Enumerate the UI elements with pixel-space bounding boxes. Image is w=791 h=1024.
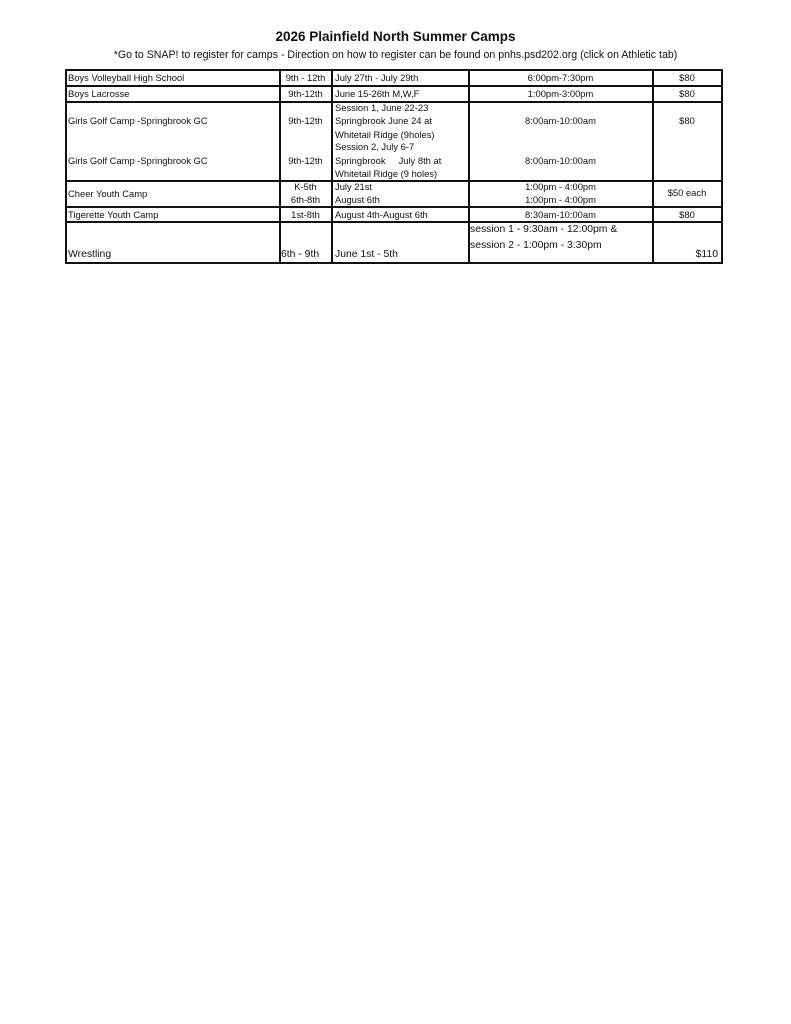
dates-line: July 21st [335,181,372,193]
time: 8:30am-10:00am [469,209,652,221]
dates: June 15-26th M,W,F [335,88,419,100]
price: $110 [653,249,718,261]
time: 8:00am-10:00am [469,115,652,127]
time: 6:00pm-7:30pm [469,72,652,84]
dates-line: Whitetail Ridge (9holes) [335,129,435,141]
grade: 6th - 9th [281,249,319,261]
row-divider [65,85,723,87]
grade: 9th-12th [280,155,331,167]
camp-name: Girls Golf Camp -Springbrook GC [68,155,208,167]
table-border-left [65,69,67,264]
dates: June 1st - 5th [335,249,398,261]
page-title: 2026 Plainfield North Summer Camps [0,29,791,44]
grade: 9th - 12th [280,72,331,84]
time: 1:00pm-3:00pm [469,88,652,100]
dates-line: August 6th [335,194,380,206]
camp-name: Girls Golf Camp -Springbrook GC [68,115,208,127]
row-divider [65,221,723,223]
table-border-top [65,69,723,71]
dates-line: Whitetail Ridge (9 holes) [335,168,437,180]
camp-name: Boys Volleyball High School [68,72,184,84]
camp-name: Wrestling [68,249,111,261]
time-line: 1:00pm - 4:00pm [469,194,652,206]
dates: July 27th - July 29th [335,72,418,84]
grade-line: K-5th [280,181,331,193]
price: $50 each [653,187,721,199]
price: $80 [653,115,721,127]
camps-table: Boys Volleyball High School 9th - 12th J… [65,69,723,264]
camp-name: Boys Lacrosse [68,88,130,100]
grade: 1st-8th [280,209,331,221]
time-line: 1:00pm - 4:00pm [469,181,652,193]
dates-line: Session 2, July 6-7 [335,141,414,153]
dates-line: Session 1, June 22-23 [335,102,428,114]
grade-line: 6th-8th [280,194,331,206]
registration-note: *Go to SNAP! to register for camps - Dir… [0,49,791,61]
table-border-bottom [65,262,723,264]
col-divider [331,69,333,264]
price: $80 [653,209,721,221]
price: $80 [653,88,721,100]
price: $80 [653,72,721,84]
dates: August 4th-August 6th [335,209,428,221]
time-line: session 2 - 1:00pm - 3:30pm [470,240,602,252]
grade: 9th-12th [280,115,331,127]
dates-line: Springbrook June 24 at [335,115,432,127]
table-border-right [721,69,723,264]
camp-name: Tigerette Youth Camp [68,209,158,221]
camp-name: Cheer Youth Camp [68,188,147,200]
grade: 9th-12th [280,88,331,100]
time-line: session 1 - 9:30am - 12:00pm & [470,224,617,236]
row-divider [65,206,723,208]
dates-line: Springbrook July 8th at [335,155,441,167]
time: 8:00am-10:00am [469,155,652,167]
